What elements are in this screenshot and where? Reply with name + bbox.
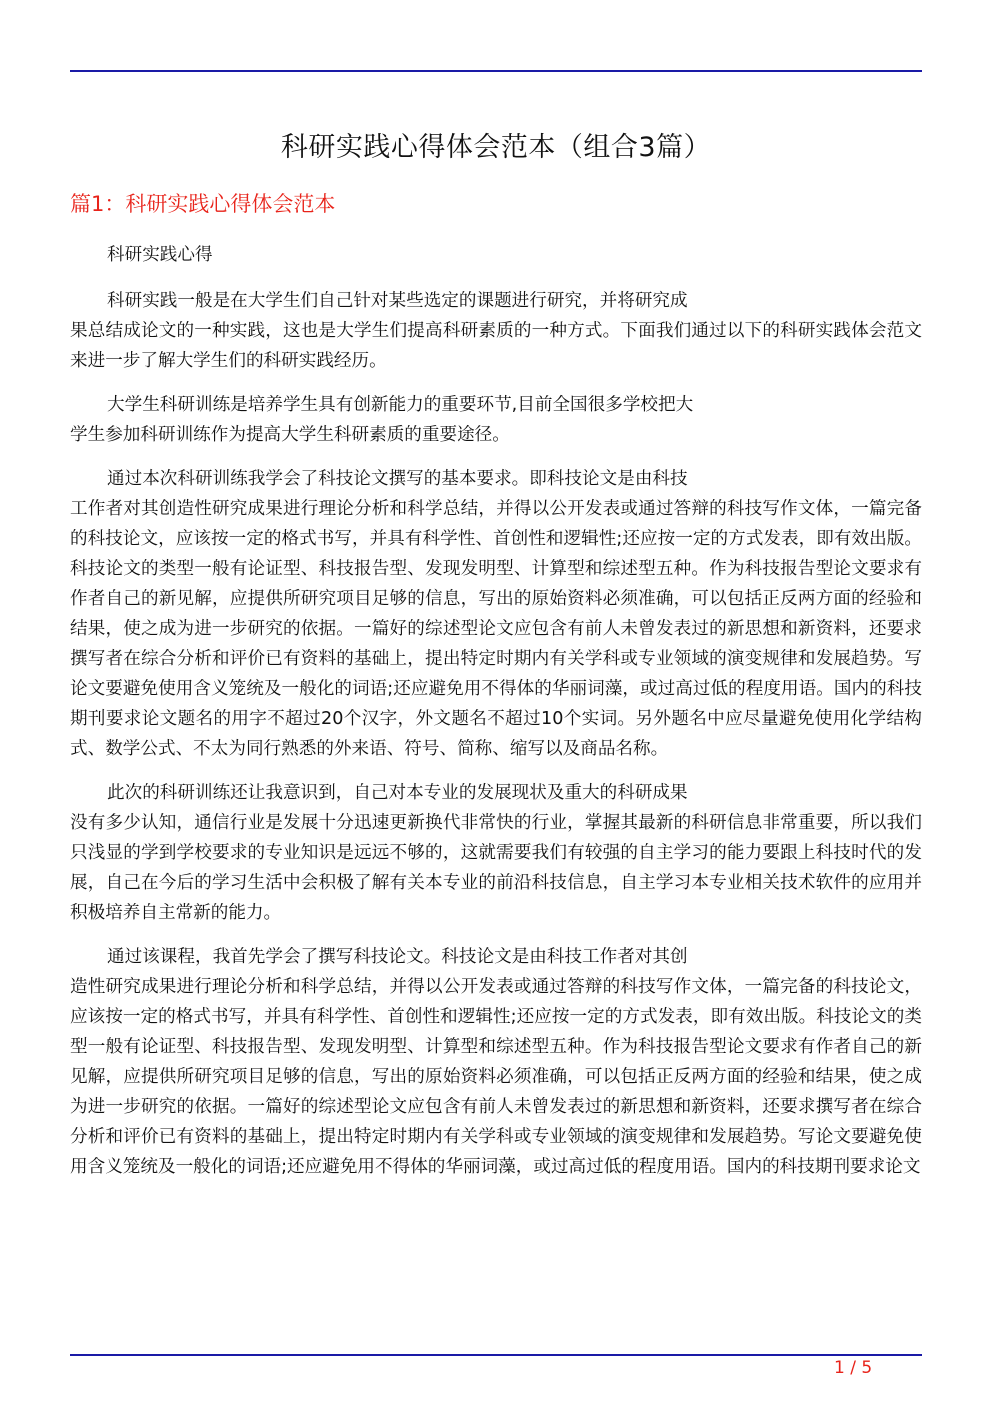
document-title: 科研实践心得体会范本（组合3篇）: [0, 128, 992, 168]
paragraph: 大学生科研训练是培养学生具有创新能力的重要环节,目前全国很多学校把大 学生参加科…: [70, 390, 922, 450]
footer-rule: [70, 1354, 922, 1356]
paragraph-body: 造性研究成果进行理论分析和科学总结，并得以公开发表或通过答辩的科技写作文体，一篇…: [70, 972, 922, 1182]
paragraph-first-line: 此次的科研训练还让我意识到，自己对本专业的发展现状及重大的科研成果: [70, 778, 922, 808]
document-body: 科研实践心得 科研实践一般是在大学生们自己针对某些选定的课题进行研究，并将研究成…: [70, 240, 922, 1196]
paragraph-body: 工作者对其创造性研究成果进行理论分析和科学总结，并得以公开发表或通过答辩的科技写…: [70, 494, 922, 764]
paragraph: 通过本次科研训练我学会了科技论文撰写的基本要求。即科技论文是由科技 工作者对其创…: [70, 464, 922, 764]
paragraph-body: 学生参加科研训练作为提高大学生科研素质的重要途径。: [70, 420, 922, 450]
page-number: 1 / 5: [834, 1356, 872, 1380]
header-rule: [70, 70, 922, 72]
paragraph-first-line: 通过该课程，我首先学会了撰写科技论文。科技论文是由科技工作者对其创: [70, 942, 922, 972]
paragraph-first-line: 大学生科研训练是培养学生具有创新能力的重要环节,目前全国很多学校把大: [70, 390, 922, 420]
paragraph-first-line: 科研实践一般是在大学生们自己针对某些选定的课题进行研究，并将研究成: [70, 286, 922, 316]
section-heading: 篇1：科研实践心得体会范本: [70, 188, 335, 220]
paragraph-body: 果总结成论文的一种实践，这也是大学生们提高科研素质的一种方式。下面我们通过以下的…: [70, 316, 922, 376]
paragraph-first-line: 通过本次科研训练我学会了科技论文撰写的基本要求。即科技论文是由科技: [70, 464, 922, 494]
paragraph: 此次的科研训练还让我意识到，自己对本专业的发展现状及重大的科研成果 没有多少认知…: [70, 778, 922, 928]
paragraph: 通过该课程，我首先学会了撰写科技论文。科技论文是由科技工作者对其创 造性研究成果…: [70, 942, 922, 1182]
paragraph-body: 没有多少认知，通信行业是发展十分迅速更新换代非常快的行业，掌握其最新的科研信息非…: [70, 808, 922, 928]
paragraph: 科研实践一般是在大学生们自己针对某些选定的课题进行研究，并将研究成 果总结成论文…: [70, 286, 922, 376]
paragraph: 科研实践心得: [70, 240, 922, 270]
paragraph-first-line: 科研实践心得: [70, 240, 922, 270]
